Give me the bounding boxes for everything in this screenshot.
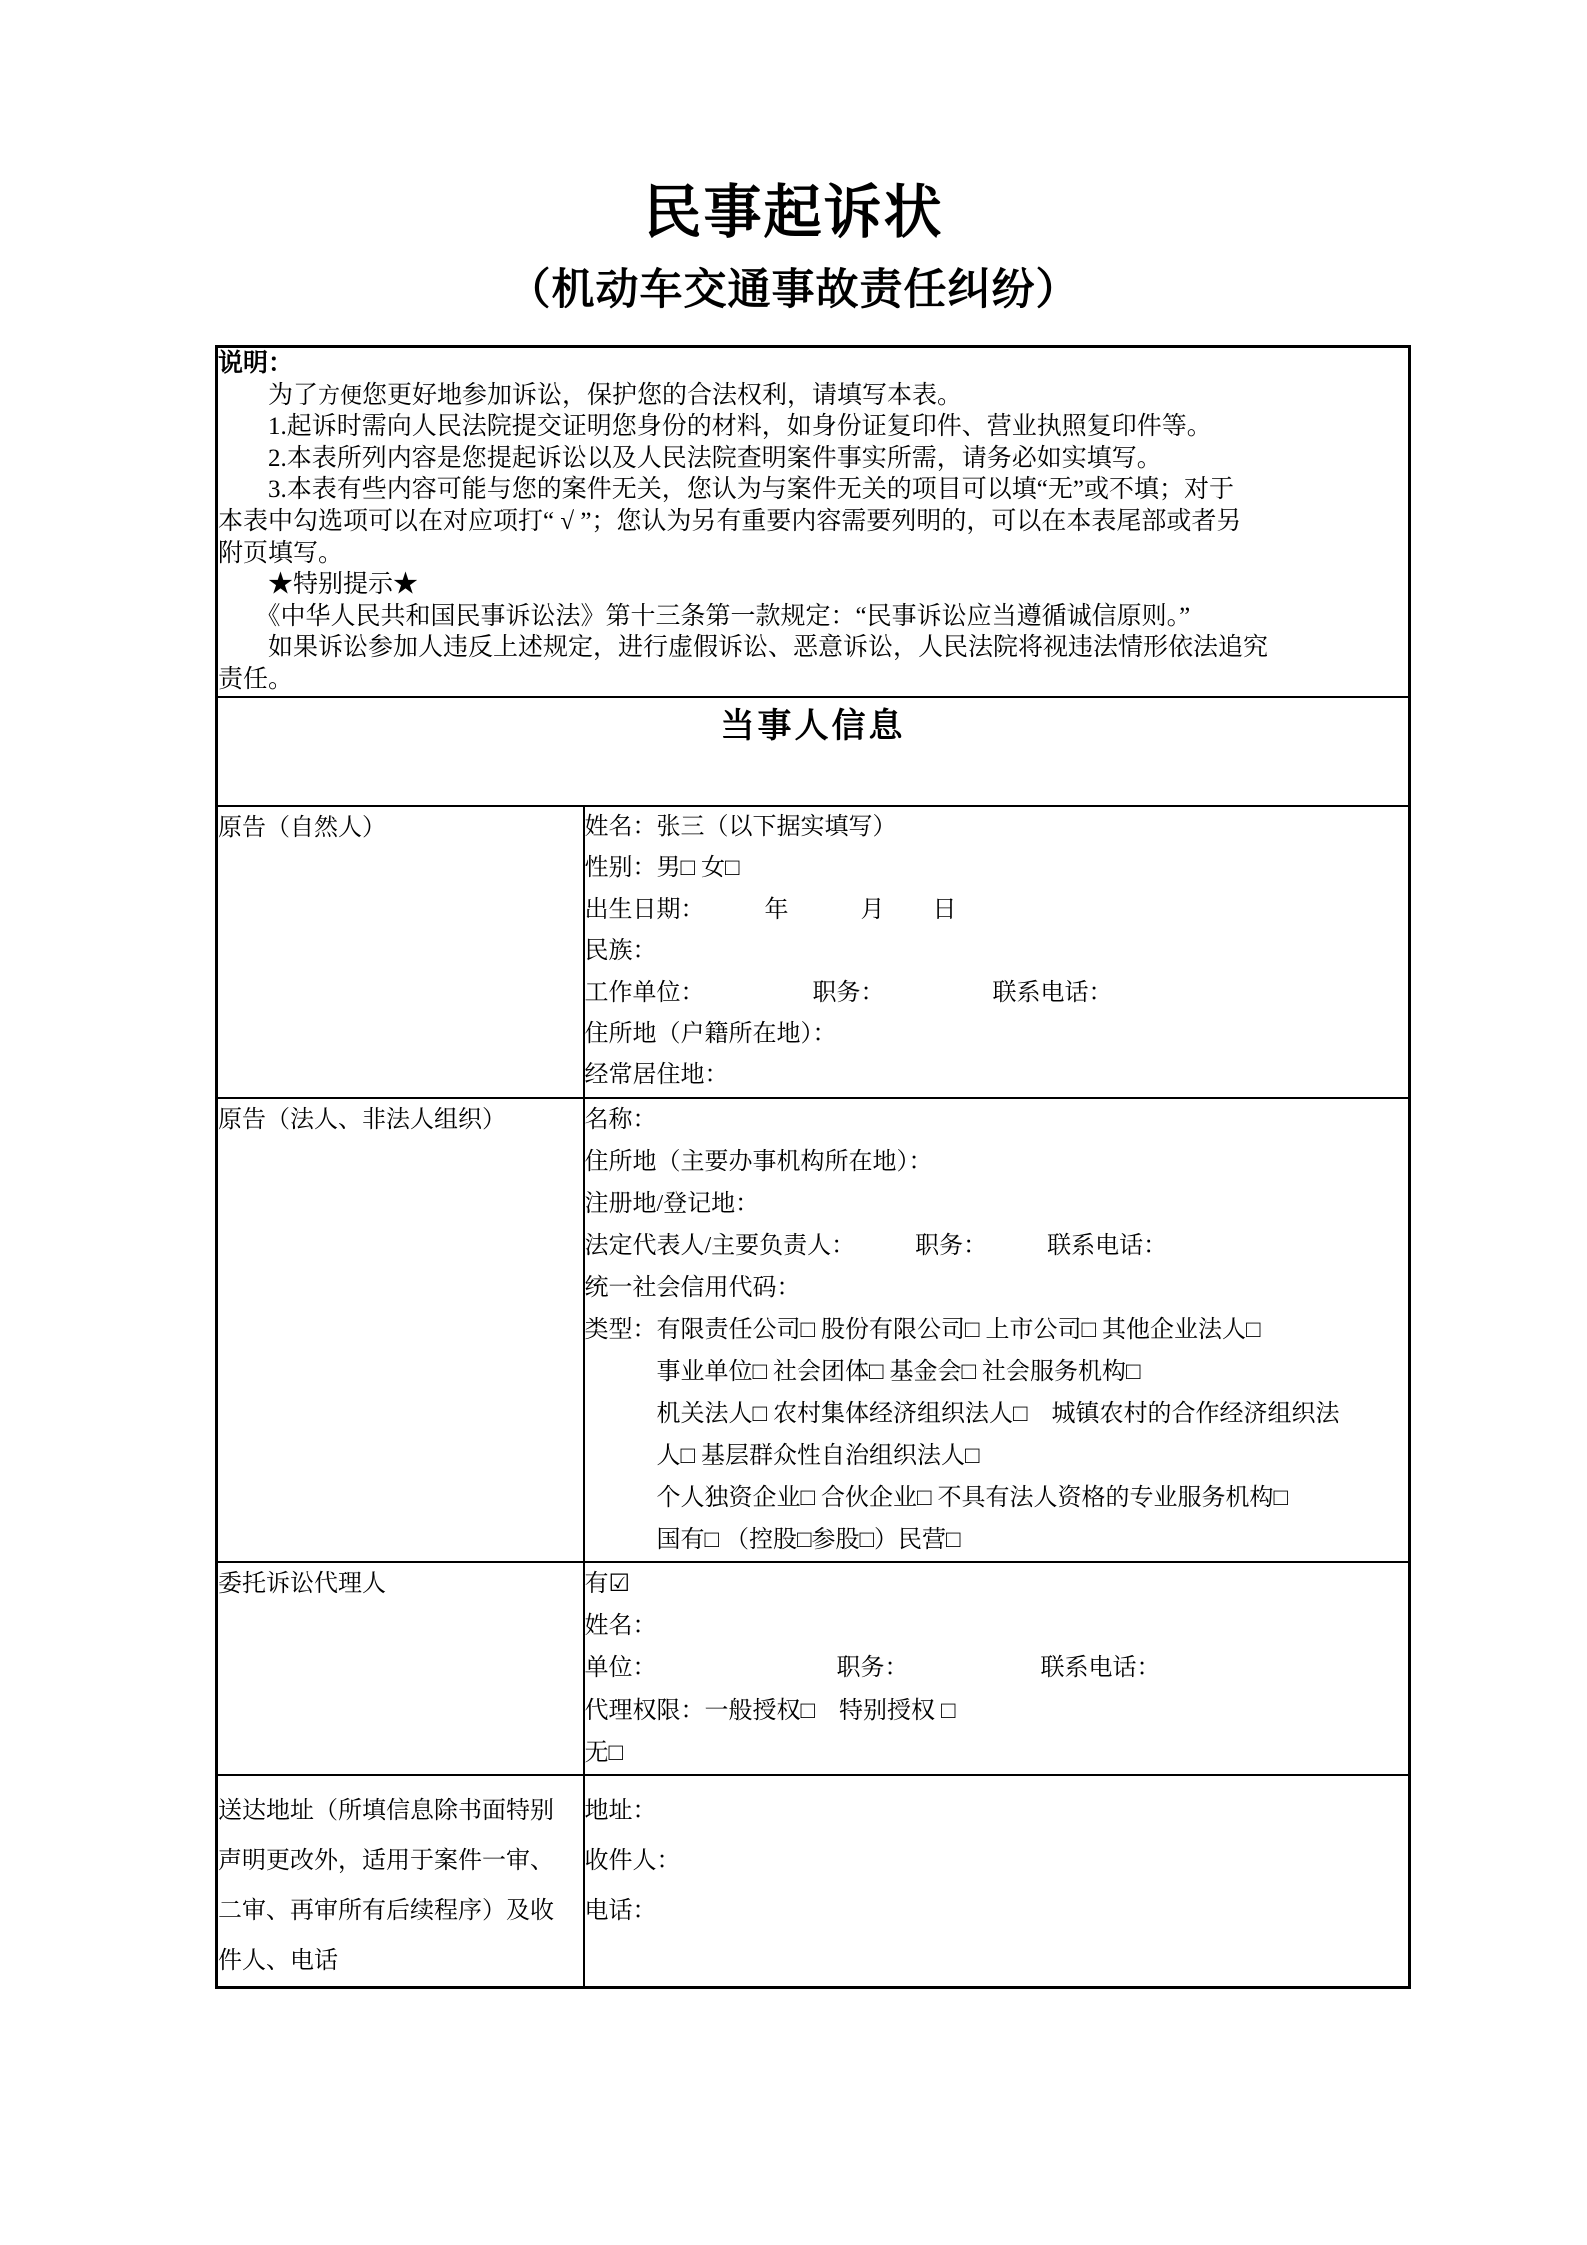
field-line[interactable]: 姓名：张三（以下据实填写） bbox=[585, 807, 1409, 848]
note-line: 《中华人民共和国民事诉讼法》第十三条第一款规定：“民事诉讼应当遵循诚信原则。” bbox=[218, 601, 1408, 633]
notes-row: 说明： 为了方便您更好地参加诉讼，保护您的合法权利，请填写本表。 1.起诉时需向… bbox=[217, 347, 1410, 698]
field-line[interactable]: 法定代表人/主要负责人： 职务： 联系电话： bbox=[585, 1225, 1409, 1267]
field-line[interactable]: 单位： 职务： 联系电话： bbox=[585, 1647, 1409, 1689]
notes-intro-line: 为了方便您更好地参加诉讼，保护您的合法权利，请填写本表。 bbox=[218, 380, 1408, 412]
notes-intro-rest: 您更好地参加诉讼，保护您的合法权利，请填写本表。 bbox=[362, 382, 962, 409]
label-service-address: 送达地址（所填信息除书面特别 声明更改外，适用于案件一审、 二审、再审所有后续程… bbox=[217, 1775, 584, 1988]
field-line[interactable]: 性别：男□ 女□ bbox=[585, 848, 1409, 889]
field-line[interactable]: 事业单位□ 社会团体□ 基金会□ 社会服务机构□ bbox=[585, 1351, 1409, 1393]
note-line: 2.本表所列内容是您提起诉讼以及人民法院查明案件事实所需，请务必如实填写。 bbox=[218, 443, 1408, 475]
field-line[interactable]: 出生日期： 年 月 日 bbox=[585, 890, 1409, 931]
label-litigation-agent: 委托诉讼代理人 bbox=[217, 1562, 584, 1775]
notes-lines: 1.起诉时需向人民法院提交证明您身份的材料，如身份证复印件、营业执照复印件等。 … bbox=[218, 411, 1408, 695]
row-litigation-agent: 委托诉讼代理人 有☑ 姓名： 单位： 职务： 联系电话： 代理权限：一般授权□ … bbox=[217, 1562, 1410, 1775]
field-line[interactable]: 有☑ bbox=[585, 1563, 1409, 1605]
field-line[interactable]: 个人独资企业□ 合伙企业□ 不具有法人资格的专业服务机构□ bbox=[585, 1477, 1409, 1519]
note-line: 3.本表有些内容可能与您的案件无关，您认为与案件无关的项目可以填“无”或不填；对… bbox=[218, 474, 1408, 506]
page-subtitle: （机动车交通事故责任纠纷） bbox=[0, 256, 1587, 317]
field-line[interactable]: 类型：有限责任公司□ 股份有限公司□ 上市公司□ 其他企业法人□ bbox=[585, 1309, 1409, 1351]
notes-section: 说明： 为了方便您更好地参加诉讼，保护您的合法权利，请填写本表。 1.起诉时需向… bbox=[217, 347, 1410, 698]
fields-litigation-agent: 有☑ 姓名： 单位： 职务： 联系电话： 代理权限：一般授权□ 特别授权 □ 无… bbox=[584, 1562, 1410, 1775]
field-line[interactable]: 姓名： bbox=[585, 1605, 1409, 1647]
document-page: 民事起诉状 （机动车交通事故责任纠纷） 说明： 为了方便您更好地参加诉讼，保护您… bbox=[0, 0, 1587, 2245]
field-line[interactable]: 注册地/登记地： bbox=[585, 1183, 1409, 1225]
section-header: 当事人信息 bbox=[217, 697, 1410, 806]
field-line[interactable]: 统一社会信用代码： bbox=[585, 1267, 1409, 1309]
label-plaintiff-legal-person: 原告（法人、非法人组织） bbox=[217, 1098, 584, 1562]
note-line: ★特别提示★ bbox=[218, 569, 1408, 601]
page-title: 民事起诉状 bbox=[0, 0, 1587, 248]
fields-plaintiff-legal-person: 名称： 住所地（主要办事机构所在地）： 注册地/登记地： 法定代表人/主要负责人… bbox=[584, 1098, 1410, 1562]
field-line[interactable]: 住所地（户籍所在地）： bbox=[585, 1014, 1409, 1055]
label-plaintiff-natural-person: 原告（自然人） bbox=[217, 806, 584, 1098]
section-header-row: 当事人信息 bbox=[217, 697, 1410, 806]
row-service-address: 送达地址（所填信息除书面特别 声明更改外，适用于案件一审、 二审、再审所有后续程… bbox=[217, 1775, 1410, 1988]
field-line[interactable]: 名称： bbox=[585, 1099, 1409, 1141]
row-plaintiff-natural-person: 原告（自然人） 姓名：张三（以下据实填写） 性别：男□ 女□ 出生日期： 年 月… bbox=[217, 806, 1410, 1098]
fields-plaintiff-natural-person: 姓名：张三（以下据实填写） 性别：男□ 女□ 出生日期： 年 月 日 民族： 工… bbox=[584, 806, 1410, 1098]
field-line[interactable]: 国有□ （控股□参股□）民营□ bbox=[585, 1519, 1409, 1561]
field-line[interactable]: 人□ 基层群众性自治组织法人□ bbox=[585, 1435, 1409, 1477]
row-plaintiff-legal-person: 原告（法人、非法人组织） 名称： 住所地（主要办事机构所在地）： 注册地/登记地… bbox=[217, 1098, 1410, 1562]
field-line[interactable]: 电话： bbox=[585, 1886, 1409, 1936]
field-line[interactable]: 民族： bbox=[585, 931, 1409, 972]
field-line[interactable]: 地址： bbox=[585, 1786, 1409, 1836]
field-line[interactable]: 无□ bbox=[585, 1732, 1409, 1774]
note-line: 本表中勾选项可以在对应项打“ √ ”；您认为另有重要内容需要列明的，可以在本表尾… bbox=[218, 506, 1408, 538]
complaint-form-table: 说明： 为了方便您更好地参加诉讼，保护您的合法权利，请填写本表。 1.起诉时需向… bbox=[215, 345, 1411, 1989]
field-line[interactable]: 机关法人□ 农村集体经济组织法人□ 城镇农村的合作经济组织法 bbox=[585, 1393, 1409, 1435]
notes-intro-emph: 方便 bbox=[318, 383, 362, 408]
field-line[interactable]: 代理权限：一般授权□ 特别授权 □ bbox=[585, 1690, 1409, 1732]
field-line[interactable]: 工作单位： 职务： 联系电话： bbox=[585, 973, 1409, 1014]
fields-service-address: 地址： 收件人： 电话： bbox=[584, 1775, 1410, 1988]
field-line[interactable]: 经常居住地： bbox=[585, 1055, 1409, 1096]
note-line: 附页填写。 bbox=[218, 538, 1408, 570]
note-line: 如果诉讼参加人违反上述规定，进行虚假诉讼、恶意诉讼，人民法院将视违法情形依法追究 bbox=[218, 632, 1408, 664]
notes-intro-pre: 为了 bbox=[218, 382, 318, 409]
field-line[interactable]: 收件人： bbox=[585, 1836, 1409, 1886]
notes-heading: 说明： bbox=[218, 348, 1408, 380]
note-line: 责任。 bbox=[218, 664, 1408, 696]
note-line: 1.起诉时需向人民法院提交证明您身份的材料，如身份证复印件、营业执照复印件等。 bbox=[218, 411, 1408, 443]
field-line[interactable]: 住所地（主要办事机构所在地）： bbox=[585, 1141, 1409, 1183]
